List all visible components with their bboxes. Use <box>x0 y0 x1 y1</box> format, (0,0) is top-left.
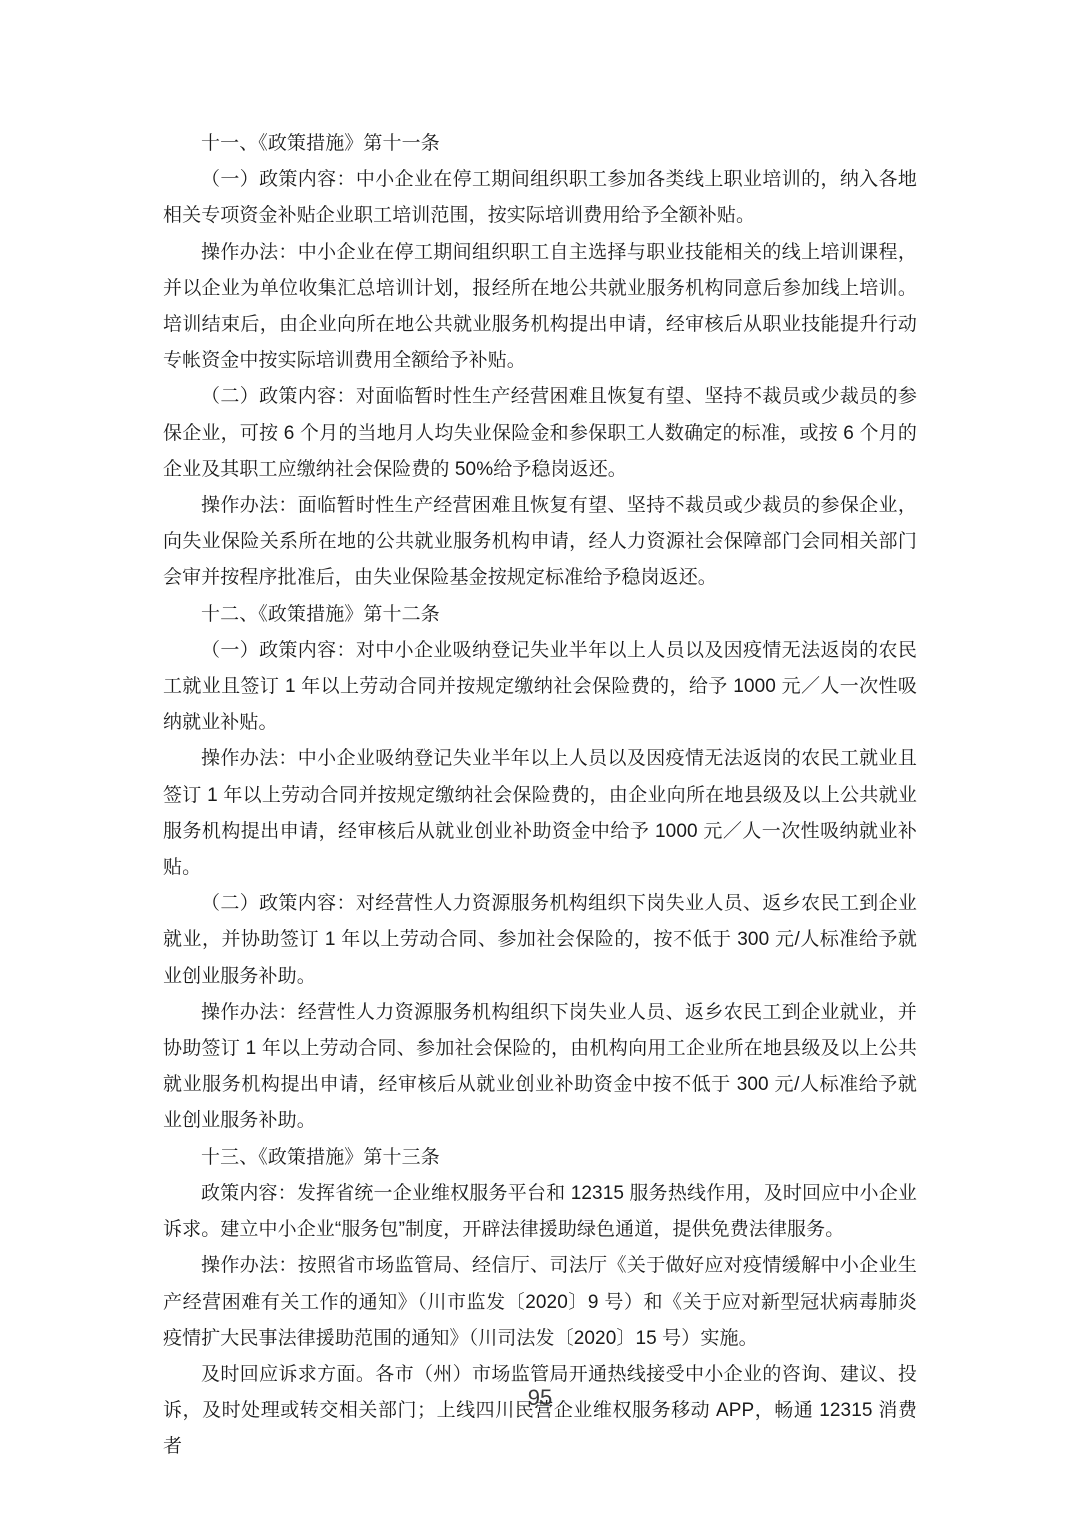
section-12-operation-1: 操作办法：中小企业吸纳登记失业半年以上人员以及因疫情无法返岗的农民工就业且签订 … <box>163 741 917 886</box>
section-13-operation: 操作办法：按照省市场监管局、经信厅、司法厅《关于做好应对疫情缓解中小企业生产经营… <box>163 1248 917 1357</box>
section-13-heading: 十三、《政策措施》第十三条 <box>163 1140 917 1176</box>
section-11-policy-1: （一）政策内容：中小企业在停工期间组织职工参加各类线上职业培训的，纳入各地相关专… <box>163 162 917 234</box>
section-11-heading: 十一、《政策措施》第十一条 <box>163 126 917 162</box>
section-11-policy-2: （二）政策内容：对面临暂时性生产经营困难且恢复有望、坚持不裁员或少裁员的参保企业… <box>163 379 917 488</box>
section-12-heading: 十二、《政策措施》第十二条 <box>163 597 917 633</box>
section-12-policy-2: （二）政策内容：对经营性人力资源服务机构组织下岗失业人员、返乡农民工到企业就业，… <box>163 886 917 995</box>
section-12-policy-1: （一）政策内容：对中小企业吸纳登记失业半年以上人员以及因疫情无法返岗的农民工就业… <box>163 633 917 742</box>
section-11-operation-1: 操作办法：中小企业在停工期间组织职工自主选择与职业技能相关的线上培训课程，并以企… <box>163 235 917 380</box>
section-13-policy: 政策内容：发挥省统一企业维权服务平台和 12315 服务热线作用，及时回应中小企… <box>163 1176 917 1248</box>
section-13-response-follow-up: 及时回应诉求方面。各市（州）市场监管局开通热线接受中小企业的咨询、建议、投诉，及… <box>163 1357 917 1466</box>
document-page-body: 十一、《政策措施》第十一条 （一）政策内容：中小企业在停工期间组织职工参加各类线… <box>163 126 917 1466</box>
page-number: 95 <box>0 1385 1080 1411</box>
section-12-operation-2: 操作办法：经营性人力资源服务机构组织下岗失业人员、返乡农民工到企业就业，并协助签… <box>163 995 917 1140</box>
section-11-operation-2: 操作办法：面临暂时性生产经营困难且恢复有望、坚持不裁员或少裁员的参保企业，向失业… <box>163 488 917 597</box>
